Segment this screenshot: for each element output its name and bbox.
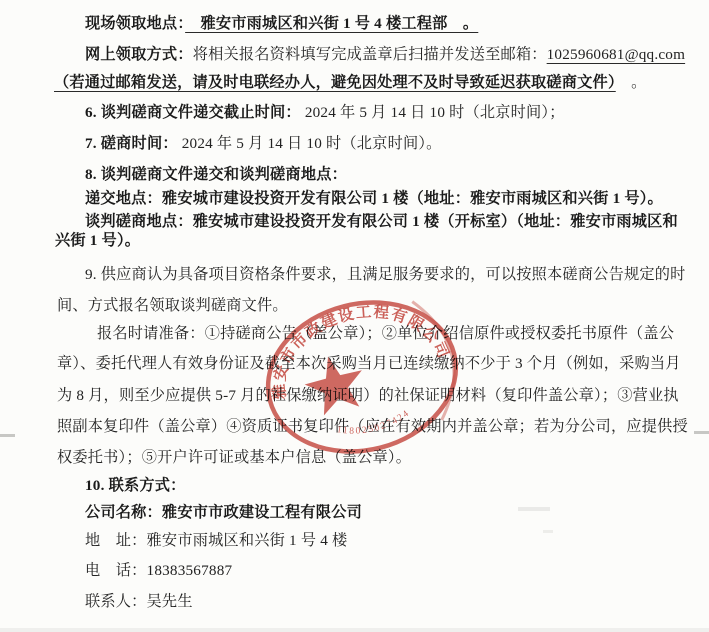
document-line: 报名时请准备：①持磋商公告（盖公章）；②单位介绍信原件或授权委托书原件（盖公 (97, 324, 674, 343)
text-segment: 6. 谈判磋商文件递交截止时间： (85, 104, 301, 121)
document-line: 权委托书）；⑤开户许可证或基本户信息（盖公章）。 (57, 448, 411, 467)
text-segment: 7. 磋商时间： (85, 135, 178, 152)
text-segment: 。 (616, 74, 647, 91)
text-segment: 地 址：雅安市雨城区和兴街 1 号 4 楼 (85, 532, 347, 549)
email-text: 1025960681@qq.com (547, 46, 685, 63)
document-line: 间、方式报名领取谈判磋商文件。 (57, 296, 288, 315)
document-line: 地 址：雅安市雨城区和兴街 1 号 4 楼 (85, 531, 347, 550)
scan-artifact (694, 431, 709, 434)
document-line: 公司名称：雅安市市政建设工程有限公司 (85, 503, 362, 522)
document-line: 递交地点：雅安城市建设投资开发有限公司 1 楼（地址：雅安市雨城区和兴街 1 号… (85, 189, 663, 208)
text-segment: 现场领取地点： (85, 15, 185, 32)
document-line: 照副本复印件（盖公章）④资质证书复印件（应在有效期内并盖公章；若为分公司，应提供… (57, 417, 688, 436)
text-segment: 兴街 1 号）。 (55, 232, 140, 249)
document-line: 9. 供应商认为具备项目资格条件要求，且满足服务要求的，可以按照本磋商公告规定的… (85, 265, 686, 284)
document-line: 为 8 月，则至少应提供 5-7 月的社保缴纳证明）的社保证明材料（复印件盖公章… (57, 386, 679, 405)
text-segment: 2024 年 5 月 14 日 10 时（北京时间）； (301, 104, 565, 121)
document-line: 现场领取地点： 雅安市雨城区和兴街 1 号 4 楼工程部 。 (85, 14, 478, 33)
text-segment: 谈判磋商地点：雅安城市建设投资开发有限公司 1 楼（开标室）（地址：雅安市雨城区… (85, 213, 678, 230)
text-segment: 间、方式报名领取谈判磋商文件。 (57, 297, 288, 314)
text-segment: 权委托书）；⑤开户许可证或基本户信息（盖公章）。 (57, 449, 411, 466)
document-line: 谈判磋商地点：雅安城市建设投资开发有限公司 1 楼（开标室）（地址：雅安市雨城区… (85, 212, 678, 231)
scan-artifact (518, 507, 550, 511)
text-segment: （若通过邮箱发送，请及时电联经办人，避免因处理不及时导致延迟获取磋商文件） (54, 74, 616, 91)
text-segment: 雅安市雨城区和兴街 1 号 4 楼工程部 。 (185, 15, 478, 32)
document-line: 联系人：吴先生 (85, 592, 193, 611)
document-line: 6. 谈判磋商文件递交截止时间： 2024 年 5 月 14 日 10 时（北京… (85, 103, 565, 122)
text-segment: 9. 供应商认为具备项目资格条件要求，且满足服务要求的，可以按照本磋商公告规定的… (85, 266, 686, 283)
scan-artifact (0, 628, 709, 632)
scan-artifact (0, 434, 15, 437)
document-line: 电 话：18383567887 (85, 561, 232, 580)
text-segment: 递交地点：雅安城市建设投资开发有限公司 1 楼（地址：雅安市雨城区和兴街 1 号… (85, 190, 663, 207)
document-line: 8. 谈判磋商文件递交和谈判磋商地点： (85, 165, 347, 184)
document-line: （若通过邮箱发送，请及时电联经办人，避免因处理不及时导致延迟获取磋商文件） 。 (54, 73, 647, 92)
document-line: 10. 联系方式： (85, 476, 186, 495)
text-segment: 8. 谈判磋商文件递交和谈判磋商地点： (85, 166, 347, 183)
text-segment: 公司名称：雅安市市政建设工程有限公司 (85, 504, 362, 521)
document-line: 章）、委托代理人有效身份证及截至本次采购当月已连续缴纳不少于 3 个月（例如，采… (57, 354, 681, 373)
text-segment: 10. 联系方式： (85, 477, 186, 494)
text-segment: 为 8 月，则至少应提供 5-7 月的社保缴纳证明）的社保证明材料（复印件盖公章… (57, 387, 679, 404)
text-segment: 章）、委托代理人有效身份证及截至本次采购当月已连续缴纳不少于 3 个月（例如，采… (57, 355, 681, 372)
document-line: 7. 磋商时间： 2024 年 5 月 14 日 10 时（北京时间）。 (85, 134, 442, 153)
text-segment: 2024 年 5 月 14 日 10 时（北京时间）。 (178, 135, 442, 152)
document-line: 网上领取方式：将相关报名资料填写完成盖章后扫描并发送至邮箱：1025960681… (85, 45, 685, 64)
text-segment: 电 话：18383567887 (85, 562, 232, 579)
text-segment: 报名时请准备：①持磋商公告（盖公章）；②单位介绍信原件或授权委托书原件（盖公 (97, 325, 674, 342)
text-segment: 将相关报名资料填写完成盖章后扫描并发送至邮箱： (193, 46, 547, 63)
scan-artifact (543, 530, 553, 533)
document-line: 兴街 1 号）。 (55, 231, 140, 250)
text-segment: 联系人：吴先生 (85, 593, 193, 610)
text-segment: 照副本复印件（盖公章）④资质证书复印件（应在有效期内并盖公章；若为分公司，应提供… (57, 418, 688, 435)
scanned-document-page: 现场领取地点： 雅安市雨城区和兴街 1 号 4 楼工程部 。网上领取方式：将相关… (0, 0, 709, 632)
text-segment: 网上领取方式： (85, 46, 193, 63)
